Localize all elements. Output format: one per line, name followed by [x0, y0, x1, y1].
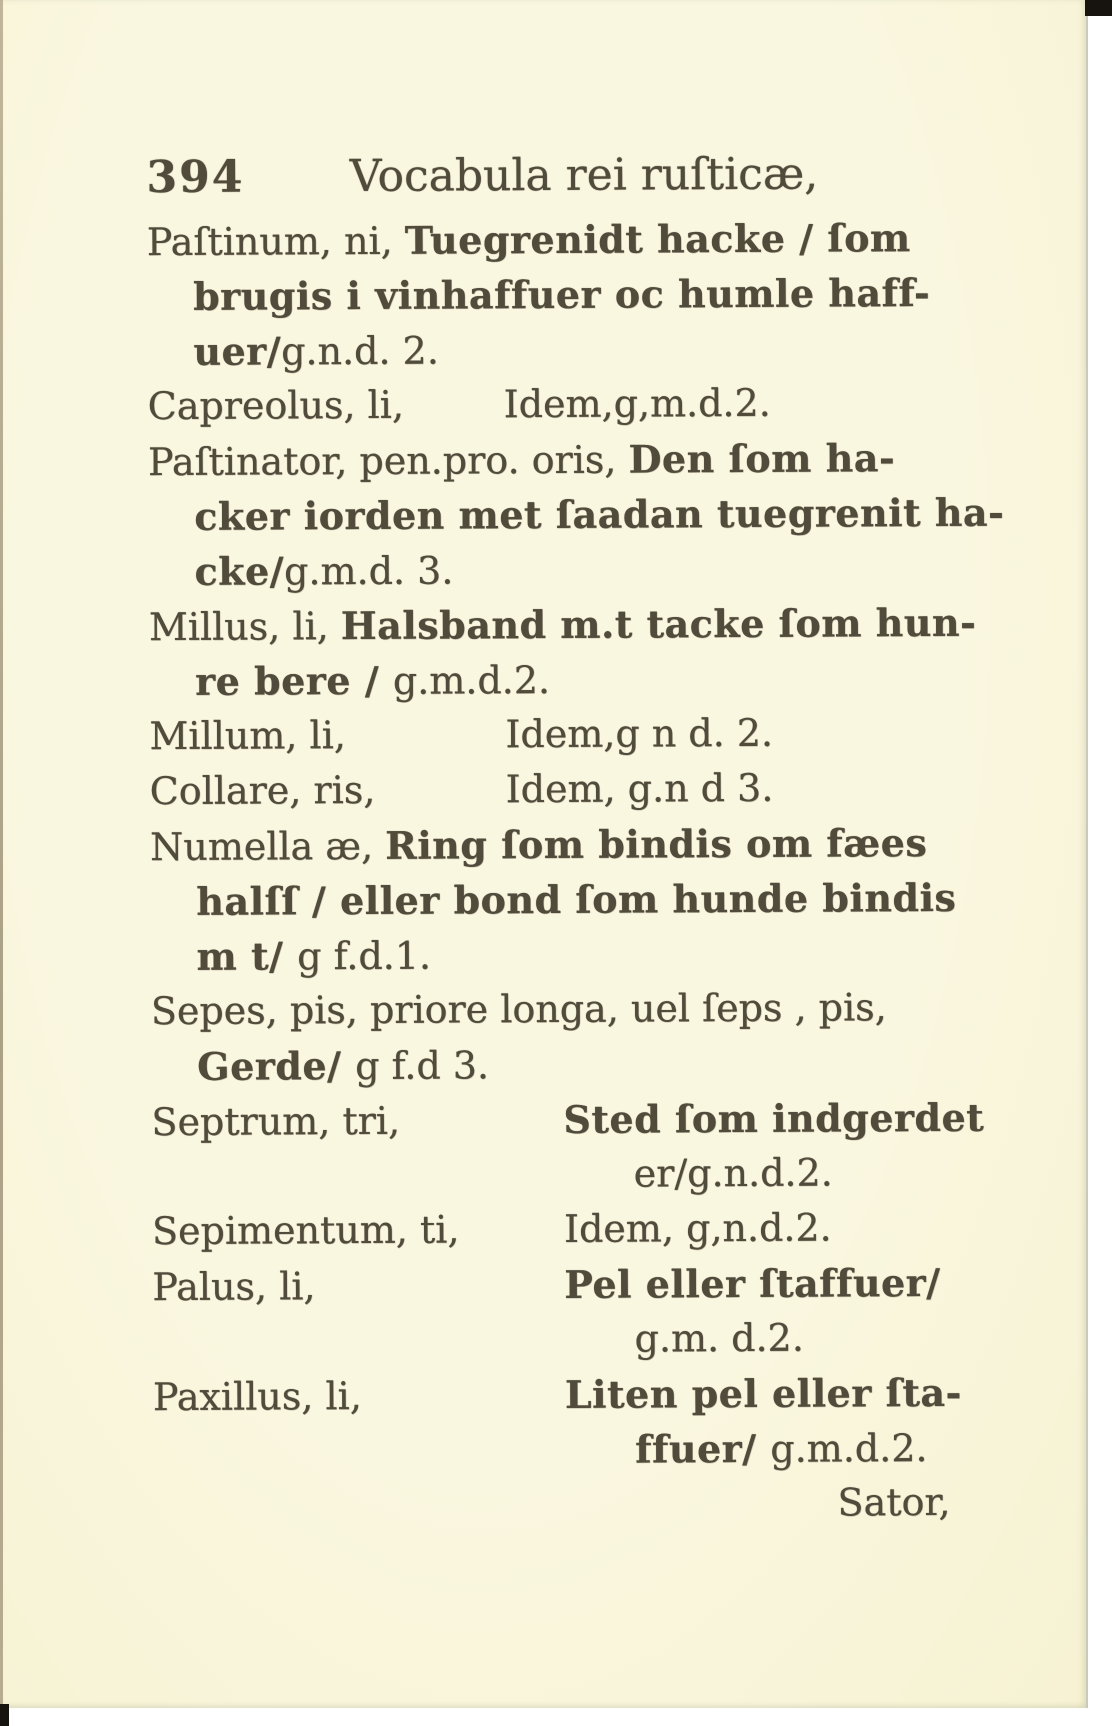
- definition: Idem,g n d. 2.: [505, 711, 773, 756]
- roman-text: g.n.d. 2.: [281, 329, 439, 374]
- text-line-15: Sepes, pis, priore longa, uel ſeps , pis…: [151, 980, 956, 1039]
- page-header: 394 Vocabula rei ruſticæ,: [146, 148, 951, 214]
- headword: Paxillus, li,: [153, 1368, 565, 1425]
- text-line-12: Numella æ, Ring ſom bindis om fæes: [150, 815, 955, 874]
- dictionary-entries: Paſtinum, ni, Tuegrenidt hacke / ſombrug…: [147, 210, 959, 1534]
- roman-text: g.m.d.2.: [393, 658, 550, 703]
- text-line-16: Gerde/ g f.d 3.: [151, 1035, 956, 1094]
- fraktur-text: m t/: [196, 933, 297, 979]
- text-line-14: m t/ g f.d.1.: [150, 925, 955, 984]
- definition: Liten pel eller ſta-: [565, 1371, 962, 1417]
- text-line-3: uer/g.n.d. 2.: [147, 320, 952, 379]
- book-page-scan: 394 Vocabula rei ruſticæ, Paſtinum, ni, …: [0, 0, 1112, 1726]
- text-line-9: re bere / g.m.d.2.: [149, 650, 954, 709]
- roman-text: Idem,g,m.d.2.: [504, 381, 771, 426]
- roman-text: Palus, li,: [152, 1264, 315, 1309]
- roman-text: Septrum, tri,: [151, 1099, 400, 1144]
- text-line-11: Collare, ris,Idem, g.n d 3.: [150, 760, 955, 819]
- text-line-17: Septrum, tri,Sted ſom indgerdet: [151, 1090, 956, 1149]
- text-line-1: Paſtinum, ni, Tuegrenidt hacke / ſom: [147, 210, 952, 269]
- fraktur-text: Den ſom ha-: [628, 435, 895, 481]
- running-title: Vocabula rei ruſticæ,: [276, 148, 951, 203]
- headword: Sepimentum, ti,: [152, 1202, 564, 1259]
- fraktur-text: Liten pel eller ſta-: [565, 1370, 962, 1417]
- roman-text: Millum, li,: [149, 713, 346, 758]
- roman-text: Idem, g,n.d.2.: [564, 1206, 832, 1251]
- text-line-18: er/g.n.d.2.: [152, 1145, 957, 1204]
- roman-text: Sepes, pis, priore longa, uel ſeps , pis…: [151, 985, 887, 1033]
- headword: Millum, li,: [149, 707, 505, 764]
- text-line-7: cke/g.m.d. 3.: [148, 540, 953, 599]
- roman-text: g.m.d.2.: [770, 1426, 927, 1471]
- text-line-6: cker iorden met ſaadan tuegrenit ha-: [148, 485, 953, 544]
- fraktur-text: ffuer/: [635, 1426, 770, 1472]
- roman-text: Paſtinator, pen.pro. oris,: [148, 438, 629, 485]
- roman-text: Millus, li,: [149, 604, 341, 649]
- fraktur-text: cker iorden met ſaadan tuegrenit ha-: [194, 490, 1004, 539]
- roman-text: Paſtinum, ni,: [147, 219, 405, 264]
- text-line-5: Paſtinator, pen.pro. oris, Den ſom ha-: [148, 430, 953, 489]
- fraktur-text: Tuegrenidt hacke / ſom: [405, 215, 911, 263]
- fraktur-text: cke/: [194, 548, 284, 593]
- catchword: Sator,: [153, 1475, 958, 1534]
- fraktur-text: Pel eller ſtaffuer/: [564, 1260, 941, 1307]
- fraktur-text: Gerde/: [197, 1043, 355, 1089]
- roman-text: Paxillus, li,: [153, 1374, 362, 1419]
- definition: Pel eller ſtaffuer/: [564, 1261, 941, 1307]
- roman-text: Sator,: [837, 1480, 950, 1525]
- scan-corner-mark-top-right: [1085, 0, 1112, 16]
- roman-text: Idem,g n d. 2.: [505, 711, 773, 756]
- text-line-8: Millus, li, Halsband m.t tacke ſom hun-: [149, 595, 954, 654]
- text-line-20: Palus, li,Pel eller ſtaffuer/: [152, 1255, 957, 1314]
- roman-text: Capreolus, li,: [148, 383, 404, 428]
- text-line-10: Millum, li,Idem,g n d. 2.: [149, 705, 954, 764]
- roman-text: Sepimentum, ti,: [152, 1207, 460, 1253]
- text-line-21: g.m. d.2.: [152, 1310, 957, 1369]
- roman-text: g.m. d.2.: [634, 1316, 803, 1361]
- fraktur-text: re bere /: [195, 658, 393, 704]
- fraktur-text: Halsband m.t tacke ſom hun-: [341, 600, 977, 648]
- roman-text: g.m.d. 3.: [284, 549, 453, 594]
- roman-text: Numella æ,: [150, 824, 385, 869]
- headword: Septrum, tri,: [151, 1093, 563, 1150]
- fraktur-text: uer/: [193, 328, 281, 373]
- text-line-23: ffuer/ g.m.d.2.: [153, 1420, 958, 1479]
- paper-page: 394 Vocabula rei ruſticæ, Paſtinum, ni, …: [0, 0, 1088, 1708]
- headword: Capreolus, li,: [148, 377, 504, 434]
- headword: Collare, ris,: [150, 762, 506, 819]
- text-block: 394 Vocabula rei ruſticæ, Paſtinum, ni, …: [146, 148, 958, 1534]
- page-number: 394: [146, 151, 276, 203]
- text-line-13: halſſ / eller bond ſom hunde bindis: [150, 870, 955, 929]
- text-line-19: Sepimentum, ti,Idem, g,n.d.2.: [152, 1200, 957, 1259]
- roman-text: g f.d 3.: [355, 1043, 489, 1088]
- definition: Idem, g.n d 3.: [506, 766, 774, 811]
- fraktur-text: Ring ſom bindis om fæes: [385, 820, 927, 868]
- fraktur-text: brugis i vinhaffuer oc humle haff-: [193, 270, 930, 319]
- headword: Palus, li,: [152, 1258, 564, 1315]
- fraktur-text: halſſ / eller bond ſom hunde bindis: [196, 875, 956, 924]
- page-left-edge: [0, 0, 3, 1708]
- fraktur-text: Sted ſom indgerdet: [563, 1095, 984, 1142]
- definition: Idem, g,n.d.2.: [564, 1206, 832, 1251]
- scan-corner-mark-bottom-left: [0, 1704, 9, 1726]
- definition: Idem,g,m.d.2.: [504, 381, 771, 426]
- roman-text: Collare, ris,: [150, 768, 376, 813]
- roman-text: Idem, g.n d 3.: [506, 766, 774, 811]
- text-line-2: brugis i vinhaffuer oc humle haff-: [147, 265, 952, 324]
- roman-text: g f.d.1.: [297, 934, 431, 979]
- roman-text: er/g.n.d.2.: [634, 1151, 833, 1196]
- text-line-22: Paxillus, li,Liten pel eller ſta-: [153, 1365, 958, 1424]
- text-line-4: Capreolus, li,Idem,g,m.d.2.: [148, 375, 953, 434]
- definition: Sted ſom indgerdet: [563, 1096, 984, 1142]
